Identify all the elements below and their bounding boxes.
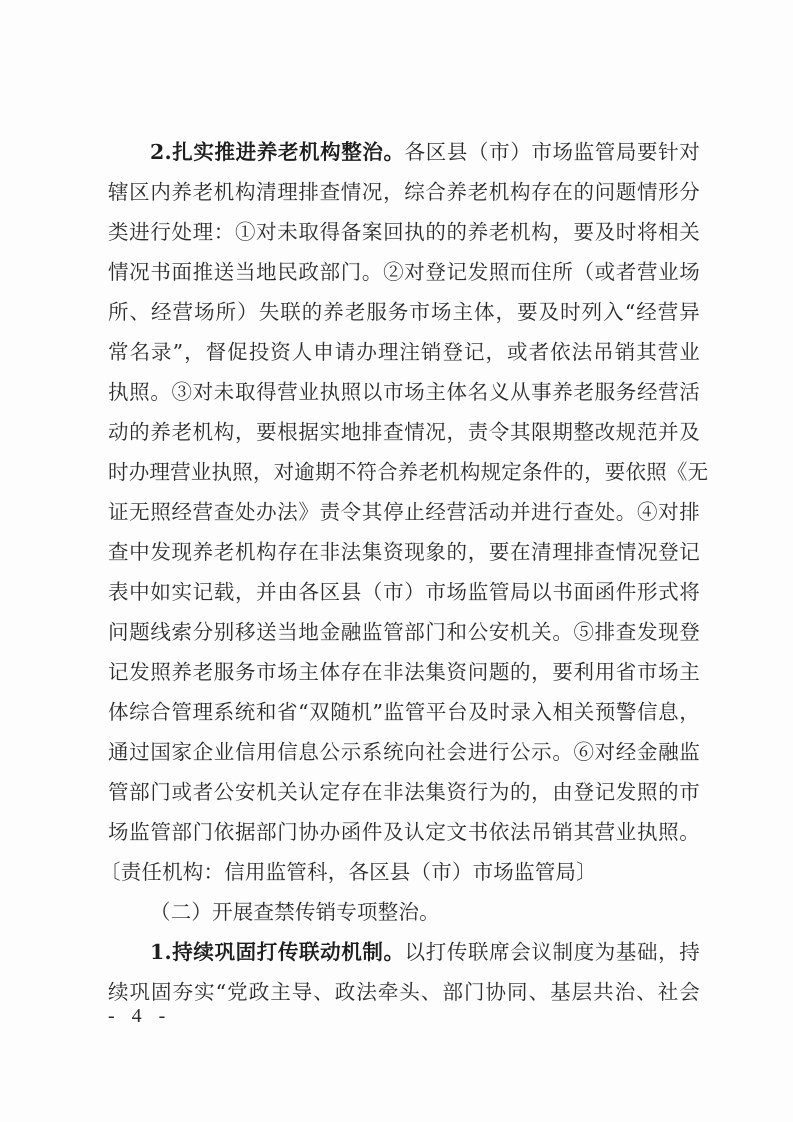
paragraph-line: 证无照经营查处办法》责令其停止经营活动并进行查处。④对排 — [108, 492, 700, 532]
document-page: 2.扎实推进养老机构整治。各区县（市）市场监管局要针对 辖区内养老机构清理排查情… — [108, 132, 700, 1012]
section-heading: （二）开展查禁传销专项整治。 — [108, 892, 700, 932]
paragraph-line: 动的养老机构，要根据实地排查情况，责令其限期整改规范并及 — [108, 412, 700, 452]
paragraph-line: 场监管部门依据部门协办函件及认定文书依法吊销其营业执照。 — [108, 812, 700, 852]
page-number: - 4 - — [108, 1005, 171, 1028]
paragraph-line: 辖区内养老机构清理排查情况，综合养老机构存在的问题情形分 — [108, 172, 700, 212]
paragraph-line: 情况书面推送当地民政部门。②对登记发照而住所（或者营业场 — [108, 252, 700, 292]
paragraph-line: 所、经营场所）失联的养老服务市场主体，要及时列入“经营异 — [108, 292, 700, 332]
paragraph-line: 记发照养老服务市场主体存在非法集资问题的，要利用省市场主 — [108, 652, 700, 692]
paragraph-line: 表中如实记载，并由各区县（市）市场监管局以书面函件形式将 — [108, 572, 700, 612]
paragraph-line: 续巩固夯实“党政主导、政法牵头、部门协同、基层共治、社会 — [108, 972, 700, 1012]
paragraph-line: 查中发现养老机构存在非法集资现象的，要在清理排查情况登记 — [108, 532, 700, 572]
paragraph-line: 类进行处理：①对未取得备案回执的的养老机构，要及时将相关 — [108, 212, 700, 252]
paragraph-line: 管部门或者公安机关认定存在非法集资行为的，由登记发照的市 — [108, 772, 700, 812]
paragraph-line: 体综合管理系统和省“双随机”监管平台及时录入相关预警信息， — [108, 692, 700, 732]
paragraph-line: 时办理营业执照，对逾期不符合养老机构规定条件的，要依照《无 — [108, 452, 700, 492]
paragraph-line: 1.持续巩固打传联动机制。以打传联席会议制度为基础，持 — [108, 932, 700, 972]
paragraph-line: 通过国家企业信用信息公示系统向社会进行公示。⑥对经金融监 — [108, 732, 700, 772]
paragraph-heading: 2.扎实推进养老机构整治。 — [150, 140, 405, 164]
paragraph-line: 执照。③对未取得营业执照以市场主体名义从事养老服务经营活 — [108, 372, 700, 412]
paragraph-line: 2.扎实推进养老机构整治。各区县（市）市场监管局要针对 — [108, 132, 700, 172]
paragraph-heading: 1.持续巩固打传联动机制。 — [150, 940, 405, 964]
paragraph-line: 常名录”，督促投资人申请办理注销登记，或者依法吊销其营业 — [108, 332, 700, 372]
responsibility-note: 〔责任机构：信用监管科，各区县（市）市场监管局〕 — [100, 852, 700, 892]
paragraph-line: 问题线索分别移送当地金融监管部门和公安机关。⑤排查发现登 — [108, 612, 700, 652]
